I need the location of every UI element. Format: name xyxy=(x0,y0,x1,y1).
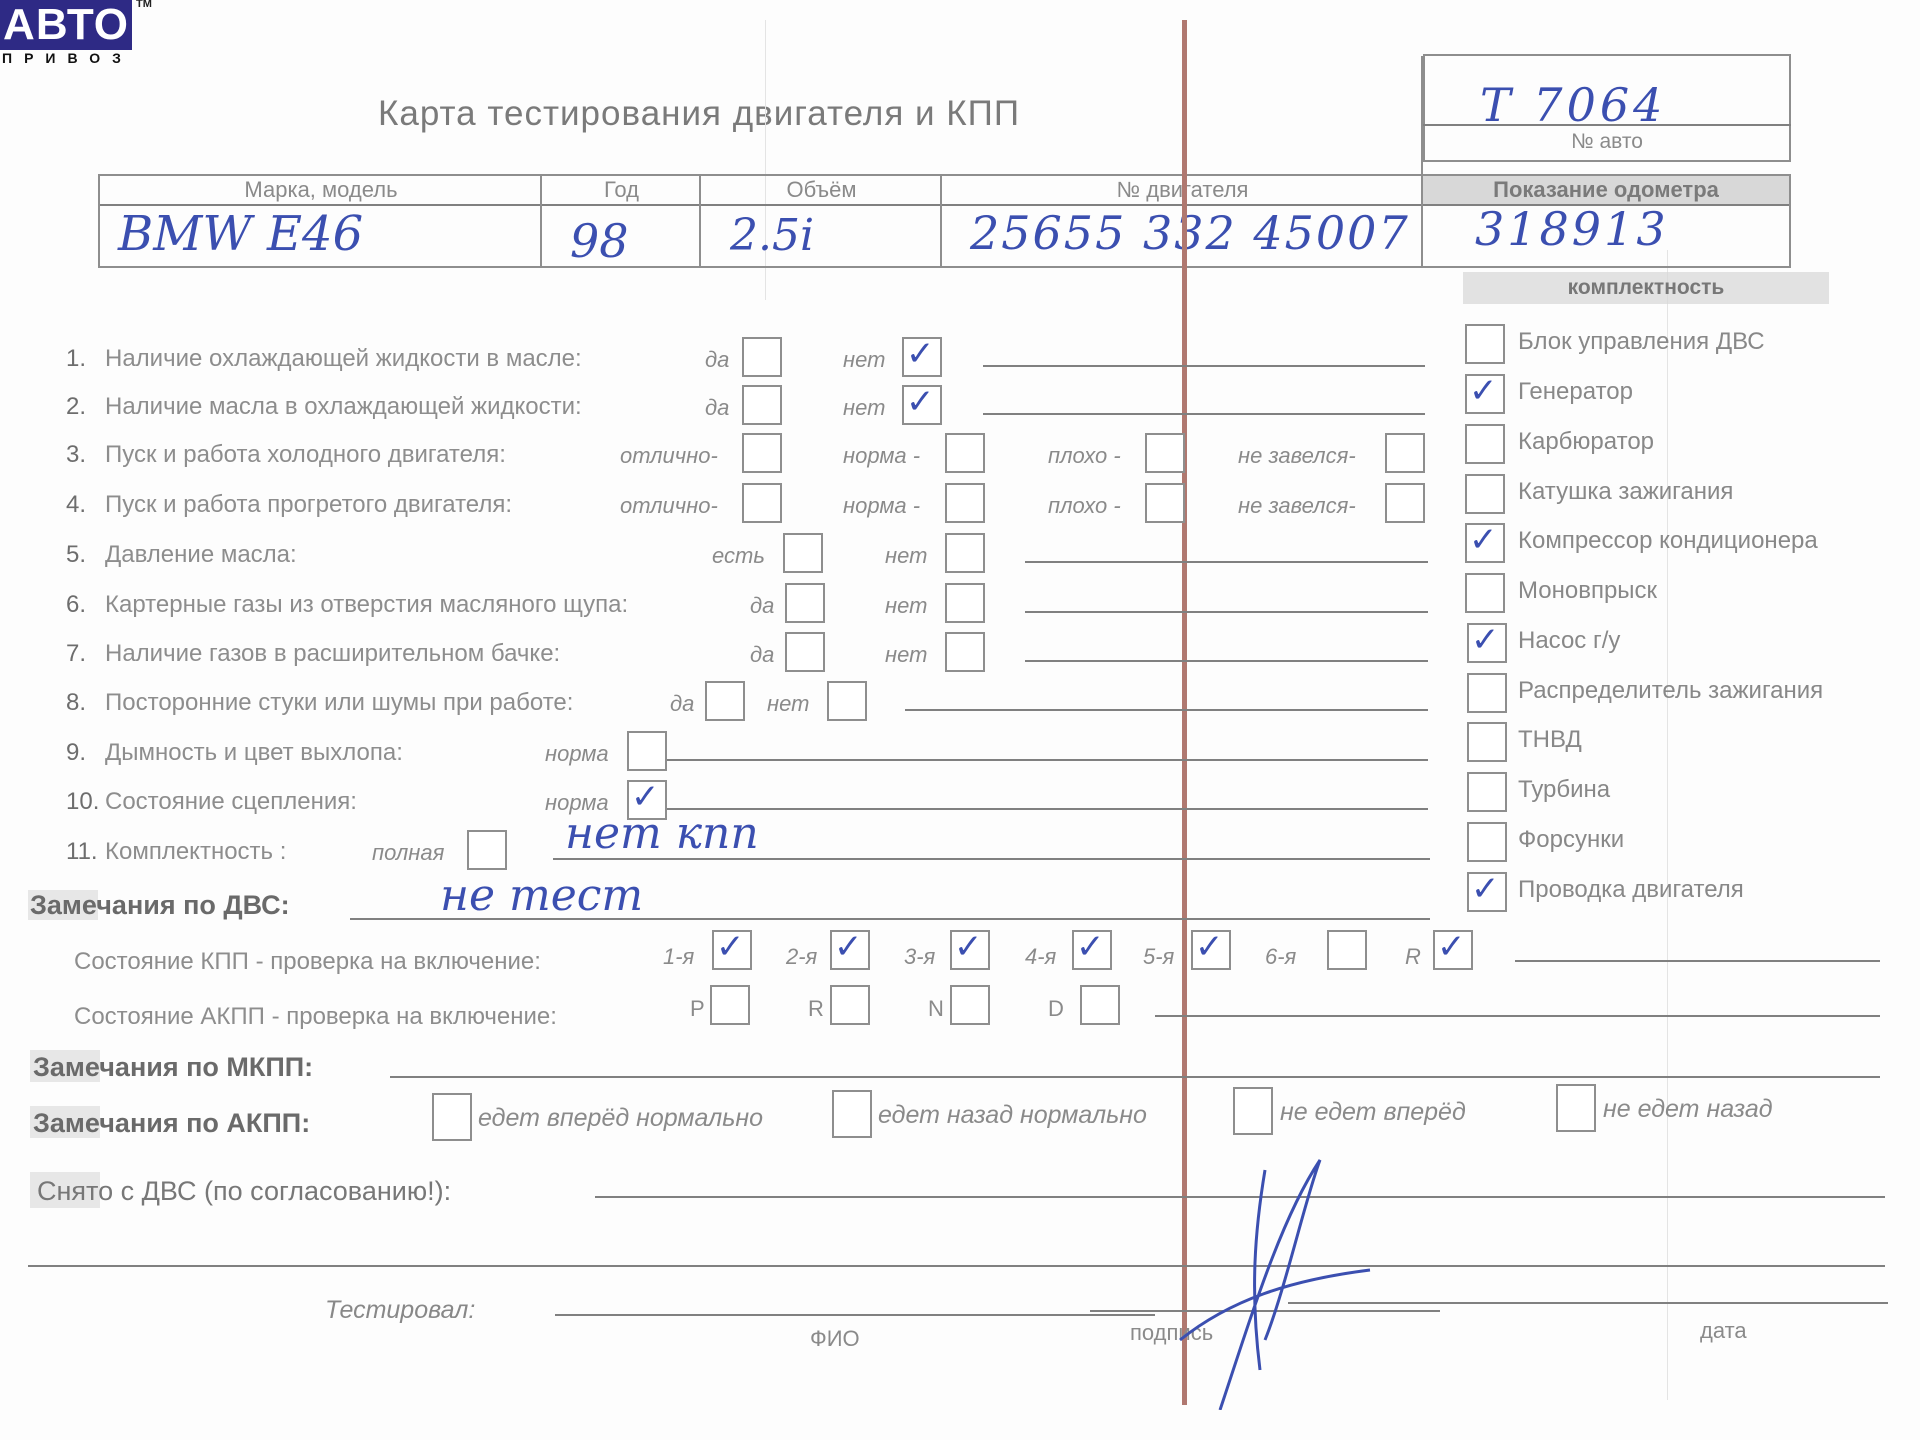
car-number-value[interactable]: Т 7064 xyxy=(1480,78,1666,132)
gear-label: 1-я xyxy=(663,944,694,970)
option-label: нет xyxy=(843,347,885,373)
manual-remarks-label: Замечания по МКПП: xyxy=(33,1052,313,1083)
auto-remark-label: не едет назад xyxy=(1603,1095,1773,1124)
gear-checkbox[interactable]: ✓ xyxy=(712,930,752,970)
engine-remarks-label: Замечания по ДВС: xyxy=(30,890,290,921)
gear-checkbox[interactable]: ✓ xyxy=(1191,930,1231,970)
option-label: норма - xyxy=(843,443,920,469)
completeness-note: нет кпп xyxy=(565,808,759,859)
auto-remark-checkbox[interactable] xyxy=(1233,1087,1273,1135)
option-label: да xyxy=(750,593,774,619)
option-checkbox[interactable] xyxy=(945,533,985,573)
completeness-item-label: Насос г/у xyxy=(1518,627,1620,655)
col-divider xyxy=(540,176,542,266)
answer-line[interactable] xyxy=(667,759,1428,761)
option-label: отлично- xyxy=(620,443,718,469)
completeness-item-label: Форсунки xyxy=(1518,826,1624,854)
name-caption: ФИО xyxy=(810,1326,860,1352)
auto-mode-label: D xyxy=(1048,996,1064,1022)
logo-trademark: TM xyxy=(136,0,152,10)
question-number: 4. xyxy=(66,491,86,519)
checkmark-icon: ✓ xyxy=(1469,523,1498,557)
option-label: да xyxy=(705,347,729,373)
option-checkbox[interactable] xyxy=(742,483,782,523)
option-checkbox[interactable] xyxy=(945,583,985,623)
year-value[interactable]: 98 xyxy=(570,214,629,268)
option-checkbox[interactable] xyxy=(785,583,825,623)
option-checkbox[interactable]: ✓ xyxy=(902,385,942,425)
completeness-checkbox[interactable] xyxy=(1465,424,1505,464)
option-checkbox[interactable] xyxy=(467,830,507,870)
logo-brand: АВТО xyxy=(0,0,132,50)
completeness-item-label: Карбюратор xyxy=(1518,428,1654,456)
auto-mode-checkbox[interactable] xyxy=(1080,985,1120,1025)
completeness-checkbox[interactable]: ✓ xyxy=(1465,523,1505,563)
completeness-item-label: Моновпрыск xyxy=(1518,577,1657,605)
checkmark-icon: ✓ xyxy=(834,930,863,964)
checkmark-icon: ✓ xyxy=(1076,930,1105,964)
completeness-checkbox[interactable] xyxy=(1467,772,1507,812)
checkmark-icon: ✓ xyxy=(716,930,745,964)
date-caption: дата xyxy=(1700,1318,1747,1344)
gear-label: R xyxy=(1405,944,1421,970)
col-divider xyxy=(699,176,701,266)
tested-by-label: Тестировал: xyxy=(325,1296,475,1325)
option-checkbox[interactable] xyxy=(945,632,985,672)
completeness-checkbox[interactable] xyxy=(1467,722,1507,762)
question-text: Состояние сцепления: xyxy=(105,788,357,816)
option-checkbox[interactable] xyxy=(1145,483,1185,523)
option-label: нет xyxy=(885,642,927,668)
completeness-item-label: Катушка зажигания xyxy=(1518,478,1733,506)
completeness-checkbox[interactable] xyxy=(1465,324,1505,364)
question-number: 9. xyxy=(66,739,86,767)
option-checkbox[interactable] xyxy=(742,337,782,377)
question-number: 7. xyxy=(66,640,86,668)
checkmark-icon: ✓ xyxy=(1195,930,1224,964)
checkmark-icon: ✓ xyxy=(954,930,983,964)
question-text: Пуск и работа холодного двигателя: xyxy=(105,441,506,469)
auto-gearbox-line xyxy=(1155,1015,1880,1017)
question-number: 10. xyxy=(66,788,99,816)
question-text: Пуск и работа прогретого двигателя: xyxy=(105,491,512,519)
header-col-model: Марка, модель xyxy=(100,176,542,204)
option-checkbox[interactable] xyxy=(945,433,985,473)
option-label: не завелся- xyxy=(1238,443,1356,469)
gear-checkbox[interactable]: ✓ xyxy=(950,930,990,970)
gear-checkbox[interactable]: ✓ xyxy=(1072,930,1112,970)
page-title: Карта тестирования двигателя и КПП xyxy=(378,94,1020,134)
col-divider xyxy=(1421,56,1423,266)
question-number: 6. xyxy=(66,591,86,619)
header-col-odometer: Показание одометра xyxy=(1423,176,1789,204)
option-label: да xyxy=(750,642,774,668)
option-label: да xyxy=(670,691,694,717)
auto-remark-checkbox[interactable] xyxy=(432,1093,472,1141)
auto-remark-checkbox[interactable] xyxy=(832,1090,872,1138)
option-label: есть xyxy=(712,543,765,569)
question-text: Наличие газов в расширительном бачке: xyxy=(105,640,560,668)
answer-line[interactable] xyxy=(1025,660,1428,662)
gear-label: 2-я xyxy=(786,944,817,970)
odometer-value[interactable]: 318913 xyxy=(1475,202,1669,256)
auto-gearbox-label: Состояние АКПП - проверка на включение: xyxy=(74,1003,557,1031)
completeness-checkbox[interactable] xyxy=(1467,673,1507,713)
question-number: 2. xyxy=(66,393,86,421)
completeness-checkbox[interactable] xyxy=(1465,573,1505,613)
question-number: 8. xyxy=(66,689,86,717)
paper-fold xyxy=(1667,250,1668,1400)
auto-remark-label: не едет вперёд xyxy=(1280,1098,1466,1127)
auto-remarks-label: Замечания по АКПП: xyxy=(33,1108,310,1139)
completeness-item-label: Генератор xyxy=(1518,378,1633,406)
signature-scribble xyxy=(1170,1140,1400,1410)
gear-checkbox[interactable]: ✓ xyxy=(830,930,870,970)
removed-line-2[interactable] xyxy=(28,1265,1885,1267)
completeness-item-label: Компрессор кондиционера xyxy=(1518,527,1818,555)
auto-remark-label: едет назад нормально xyxy=(878,1101,1147,1130)
auto-mode-label: R xyxy=(808,996,824,1022)
manual-gearbox-line xyxy=(1515,960,1880,962)
option-label: плохо - xyxy=(1048,443,1121,469)
checkmark-icon: ✓ xyxy=(1437,930,1466,964)
auto-mode-checkbox[interactable] xyxy=(710,985,750,1025)
col-divider xyxy=(940,176,942,266)
option-checkbox[interactable] xyxy=(742,385,782,425)
answer-line[interactable] xyxy=(1025,611,1428,613)
car-number-label: № авто xyxy=(1423,130,1791,154)
gear-label: 6-я xyxy=(1265,944,1296,970)
question-number: 5. xyxy=(66,541,86,569)
header-col-year: Год xyxy=(542,176,701,204)
option-checkbox[interactable] xyxy=(1145,433,1185,473)
auto-mode-label: N xyxy=(928,996,944,1022)
auto-remark-label: едет вперёд нормально xyxy=(478,1104,763,1133)
completeness-item-label: ТНВД xyxy=(1518,726,1582,754)
answer-line[interactable] xyxy=(983,413,1425,415)
option-checkbox[interactable] xyxy=(1385,483,1425,523)
option-label: норма xyxy=(545,741,609,767)
option-checkbox[interactable] xyxy=(827,681,867,721)
auto-mode-checkbox[interactable] xyxy=(950,985,990,1025)
volume-value[interactable]: 2.5i xyxy=(730,210,814,261)
question-text: Давление масла: xyxy=(105,541,297,569)
question-number: 11. xyxy=(66,838,98,866)
option-checkbox[interactable] xyxy=(1385,433,1425,473)
option-label: да xyxy=(705,395,729,421)
auto-remark-checkbox[interactable] xyxy=(1556,1084,1596,1132)
option-checkbox[interactable] xyxy=(627,731,667,771)
engine-number-value[interactable]: 25655 332 45007 xyxy=(970,206,1410,260)
completeness-item-label: Турбина xyxy=(1518,776,1610,804)
option-label: нет xyxy=(767,691,809,717)
checkmark-icon: ✓ xyxy=(1471,623,1500,657)
question-text: Посторонние стуки или шумы при работе: xyxy=(105,689,573,717)
option-checkbox[interactable] xyxy=(785,632,825,672)
model-value[interactable]: BMW E46 xyxy=(118,206,363,262)
completeness-title: комплектность xyxy=(1463,276,1829,300)
completeness-checkbox[interactable] xyxy=(1467,822,1507,862)
name-line[interactable] xyxy=(555,1314,1155,1316)
completeness-checkbox[interactable]: ✓ xyxy=(1467,623,1507,663)
checkmark-icon: ✓ xyxy=(906,385,935,419)
completeness-checkbox[interactable]: ✓ xyxy=(1467,872,1507,912)
option-checkbox[interactable] xyxy=(705,681,745,721)
manual-gearbox-label: Состояние КПП - проверка на включение: xyxy=(74,948,541,976)
completeness-item-label: Распределитель зажигания xyxy=(1518,677,1823,705)
checkmark-icon: ✓ xyxy=(906,337,935,371)
auto-mode-label: P xyxy=(690,996,705,1022)
option-label: норма - xyxy=(843,493,920,519)
gear-label: 4-я xyxy=(1025,944,1056,970)
option-label: нет xyxy=(885,593,927,619)
option-checkbox[interactable]: ✓ xyxy=(902,337,942,377)
question-text: Наличие охлаждающей жидкости в масле: xyxy=(105,345,582,373)
logo-tagline: ПРИВОЗ xyxy=(2,50,136,66)
manual-remarks-line[interactable] xyxy=(390,1076,1880,1078)
gear-label: 5-я xyxy=(1143,944,1174,970)
completeness-item-label: Проводка двигателя xyxy=(1518,876,1744,904)
option-checkbox[interactable] xyxy=(783,533,823,573)
question-text: Дымность и цвет выхлопа: xyxy=(105,739,403,767)
gear-checkbox[interactable]: ✓ xyxy=(1433,930,1473,970)
completeness-checkbox[interactable]: ✓ xyxy=(1465,374,1505,414)
option-label: плохо - xyxy=(1048,493,1121,519)
checkmark-icon: ✓ xyxy=(1469,374,1498,408)
option-label: отлично- xyxy=(620,493,718,519)
auto-mode-checkbox[interactable] xyxy=(830,985,870,1025)
gear-checkbox[interactable] xyxy=(1327,930,1367,970)
header-table: Марка, модель Год Объём № двигателя Пока… xyxy=(98,174,1791,268)
question-text: Комплектность : xyxy=(105,838,286,866)
removed-label: Снято с ДВС (по согласованию!): xyxy=(37,1176,451,1207)
answer-line[interactable] xyxy=(905,709,1428,711)
answer-line[interactable] xyxy=(1025,561,1428,563)
engine-remarks-value[interactable]: не тест xyxy=(440,870,643,921)
question-number: 3. xyxy=(66,441,86,469)
option-checkbox[interactable] xyxy=(742,433,782,473)
option-label: не завелся- xyxy=(1238,493,1356,519)
completeness-item-label: Блок управления ДВС xyxy=(1518,328,1765,356)
checkmark-icon: ✓ xyxy=(1471,872,1500,906)
option-label: нет xyxy=(885,543,927,569)
option-label: полная xyxy=(372,840,444,866)
option-label: нет xyxy=(843,395,885,421)
completeness-checkbox[interactable] xyxy=(1465,474,1505,514)
question-text: Картерные газы из отверстия масляного щу… xyxy=(105,591,628,619)
answer-line[interactable] xyxy=(983,365,1425,367)
gear-label: 3-я xyxy=(904,944,935,970)
header-col-volume: Объём xyxy=(701,176,942,204)
answer-line[interactable] xyxy=(667,808,1428,810)
question-text: Наличие масла в охлаждающей жидкости: xyxy=(105,393,582,421)
option-checkbox[interactable] xyxy=(945,483,985,523)
question-number: 1. xyxy=(66,345,86,373)
